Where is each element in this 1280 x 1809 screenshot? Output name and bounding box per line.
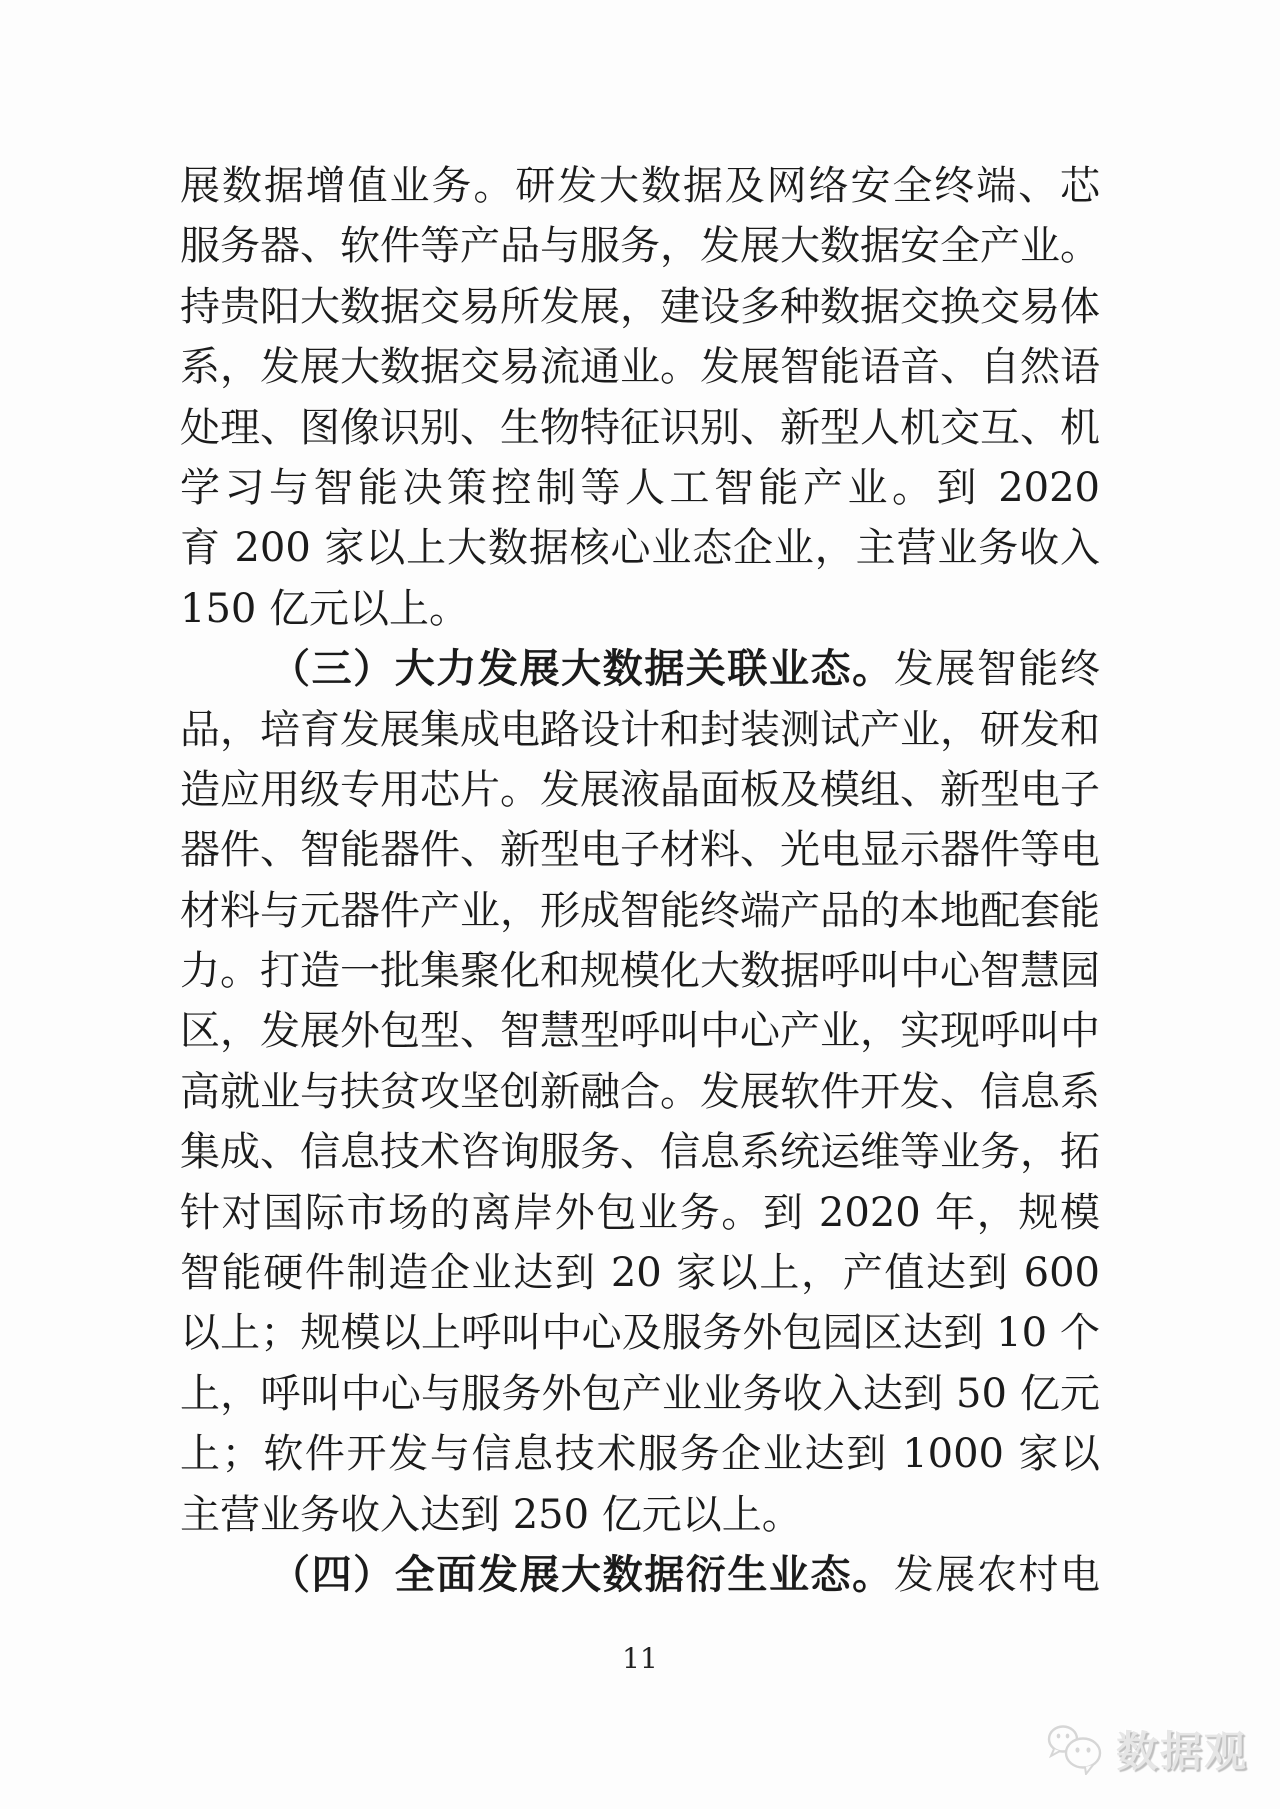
text-line: 系，发展大数据交易流通业。发展智能语音、自然语言 — [180, 337, 1100, 397]
text-line: 集成、信息技术咨询服务、信息系统运维等业务，拓展 — [180, 1122, 1100, 1182]
text-line: 以上；规模以上呼叫中心及服务外包园区达到 10 个以 — [180, 1303, 1100, 1363]
text-line: 处理、图像识别、生物特征识别、新型人机交互、机器 — [180, 398, 1100, 458]
text-line: 育 200 家以上大数据核心业态企业，主营业务收入达到 — [180, 518, 1100, 578]
section-4-heading-line: （四）全面发展大数据衍生业态。发展农村电商、 — [180, 1545, 1100, 1605]
text-line: 区，发展外包型、智慧型呼叫中心产业，实现呼叫中心 — [180, 1001, 1100, 1061]
text-line: 持贵阳大数据交易所发展，建设多种数据交换交易体 — [180, 277, 1100, 337]
text-line: 服务器、软件等产品与服务，发展大数据安全产业。支 — [180, 216, 1100, 276]
document-page: 展数据增值业务。研发大数据及网络安全终端、芯片、 服务器、软件等产品与服务，发展… — [0, 0, 1280, 1809]
text-line: 器件、智能器件、新型电子材料、光电显示器件等电子 — [180, 820, 1100, 880]
text-line: 智能硬件制造企业达到 20 家以上，产值达到 600 亿元 — [180, 1243, 1100, 1303]
watermark-text: 数据观 — [1116, 1719, 1248, 1779]
watermark: 数据观 — [1044, 1719, 1248, 1779]
text-line: 主营业务收入达到 250 亿元以上。 — [180, 1485, 1100, 1545]
chat-bubbles-icon — [1044, 1723, 1106, 1775]
section-4-heading: （四）全面发展大数据衍生业态。 — [270, 1551, 894, 1598]
text-line: 造应用级专用芯片。发展液晶面板及模组、新型电子元 — [180, 760, 1100, 820]
body-text: 展数据增值业务。研发大数据及网络安全终端、芯片、 服务器、软件等产品与服务，发展… — [180, 156, 1100, 1605]
page-number: 11 — [0, 1642, 1280, 1675]
section-3-heading: （三）大力发展大数据关联业态。 — [270, 645, 894, 692]
section-3-heading-line: （三）大力发展大数据关联业态。发展智能终端产 — [180, 639, 1100, 699]
text-line: 材料与元器件产业，形成智能终端产品的本地配套能 — [180, 881, 1100, 941]
text-line: 展数据增值业务。研发大数据及网络安全终端、芯片、 — [180, 156, 1100, 216]
text-line: 学习与智能决策控制等人工智能产业。到 2020 年，培 — [180, 458, 1100, 518]
text-line: 品，培育发展集成电路设计和封装测试产业，研发和制 — [180, 700, 1100, 760]
text-line: 150 亿元以上。 — [180, 579, 1100, 639]
text-line: 针对国际市场的离岸外包业务。到 2020 年，规模以上 — [180, 1183, 1100, 1243]
text-line: 力。打造一批集聚化和规模化大数据呼叫中心智慧园 — [180, 941, 1100, 1001]
text-line: 高就业与扶贫攻坚创新融合。发展软件开发、信息系统 — [180, 1062, 1100, 1122]
text-line: 上，呼叫中心与服务外包产业业务收入达到 50 亿元以 — [180, 1364, 1100, 1424]
text-line: 上；软件开发与信息技术服务企业达到 1000 家以上， — [180, 1424, 1100, 1484]
